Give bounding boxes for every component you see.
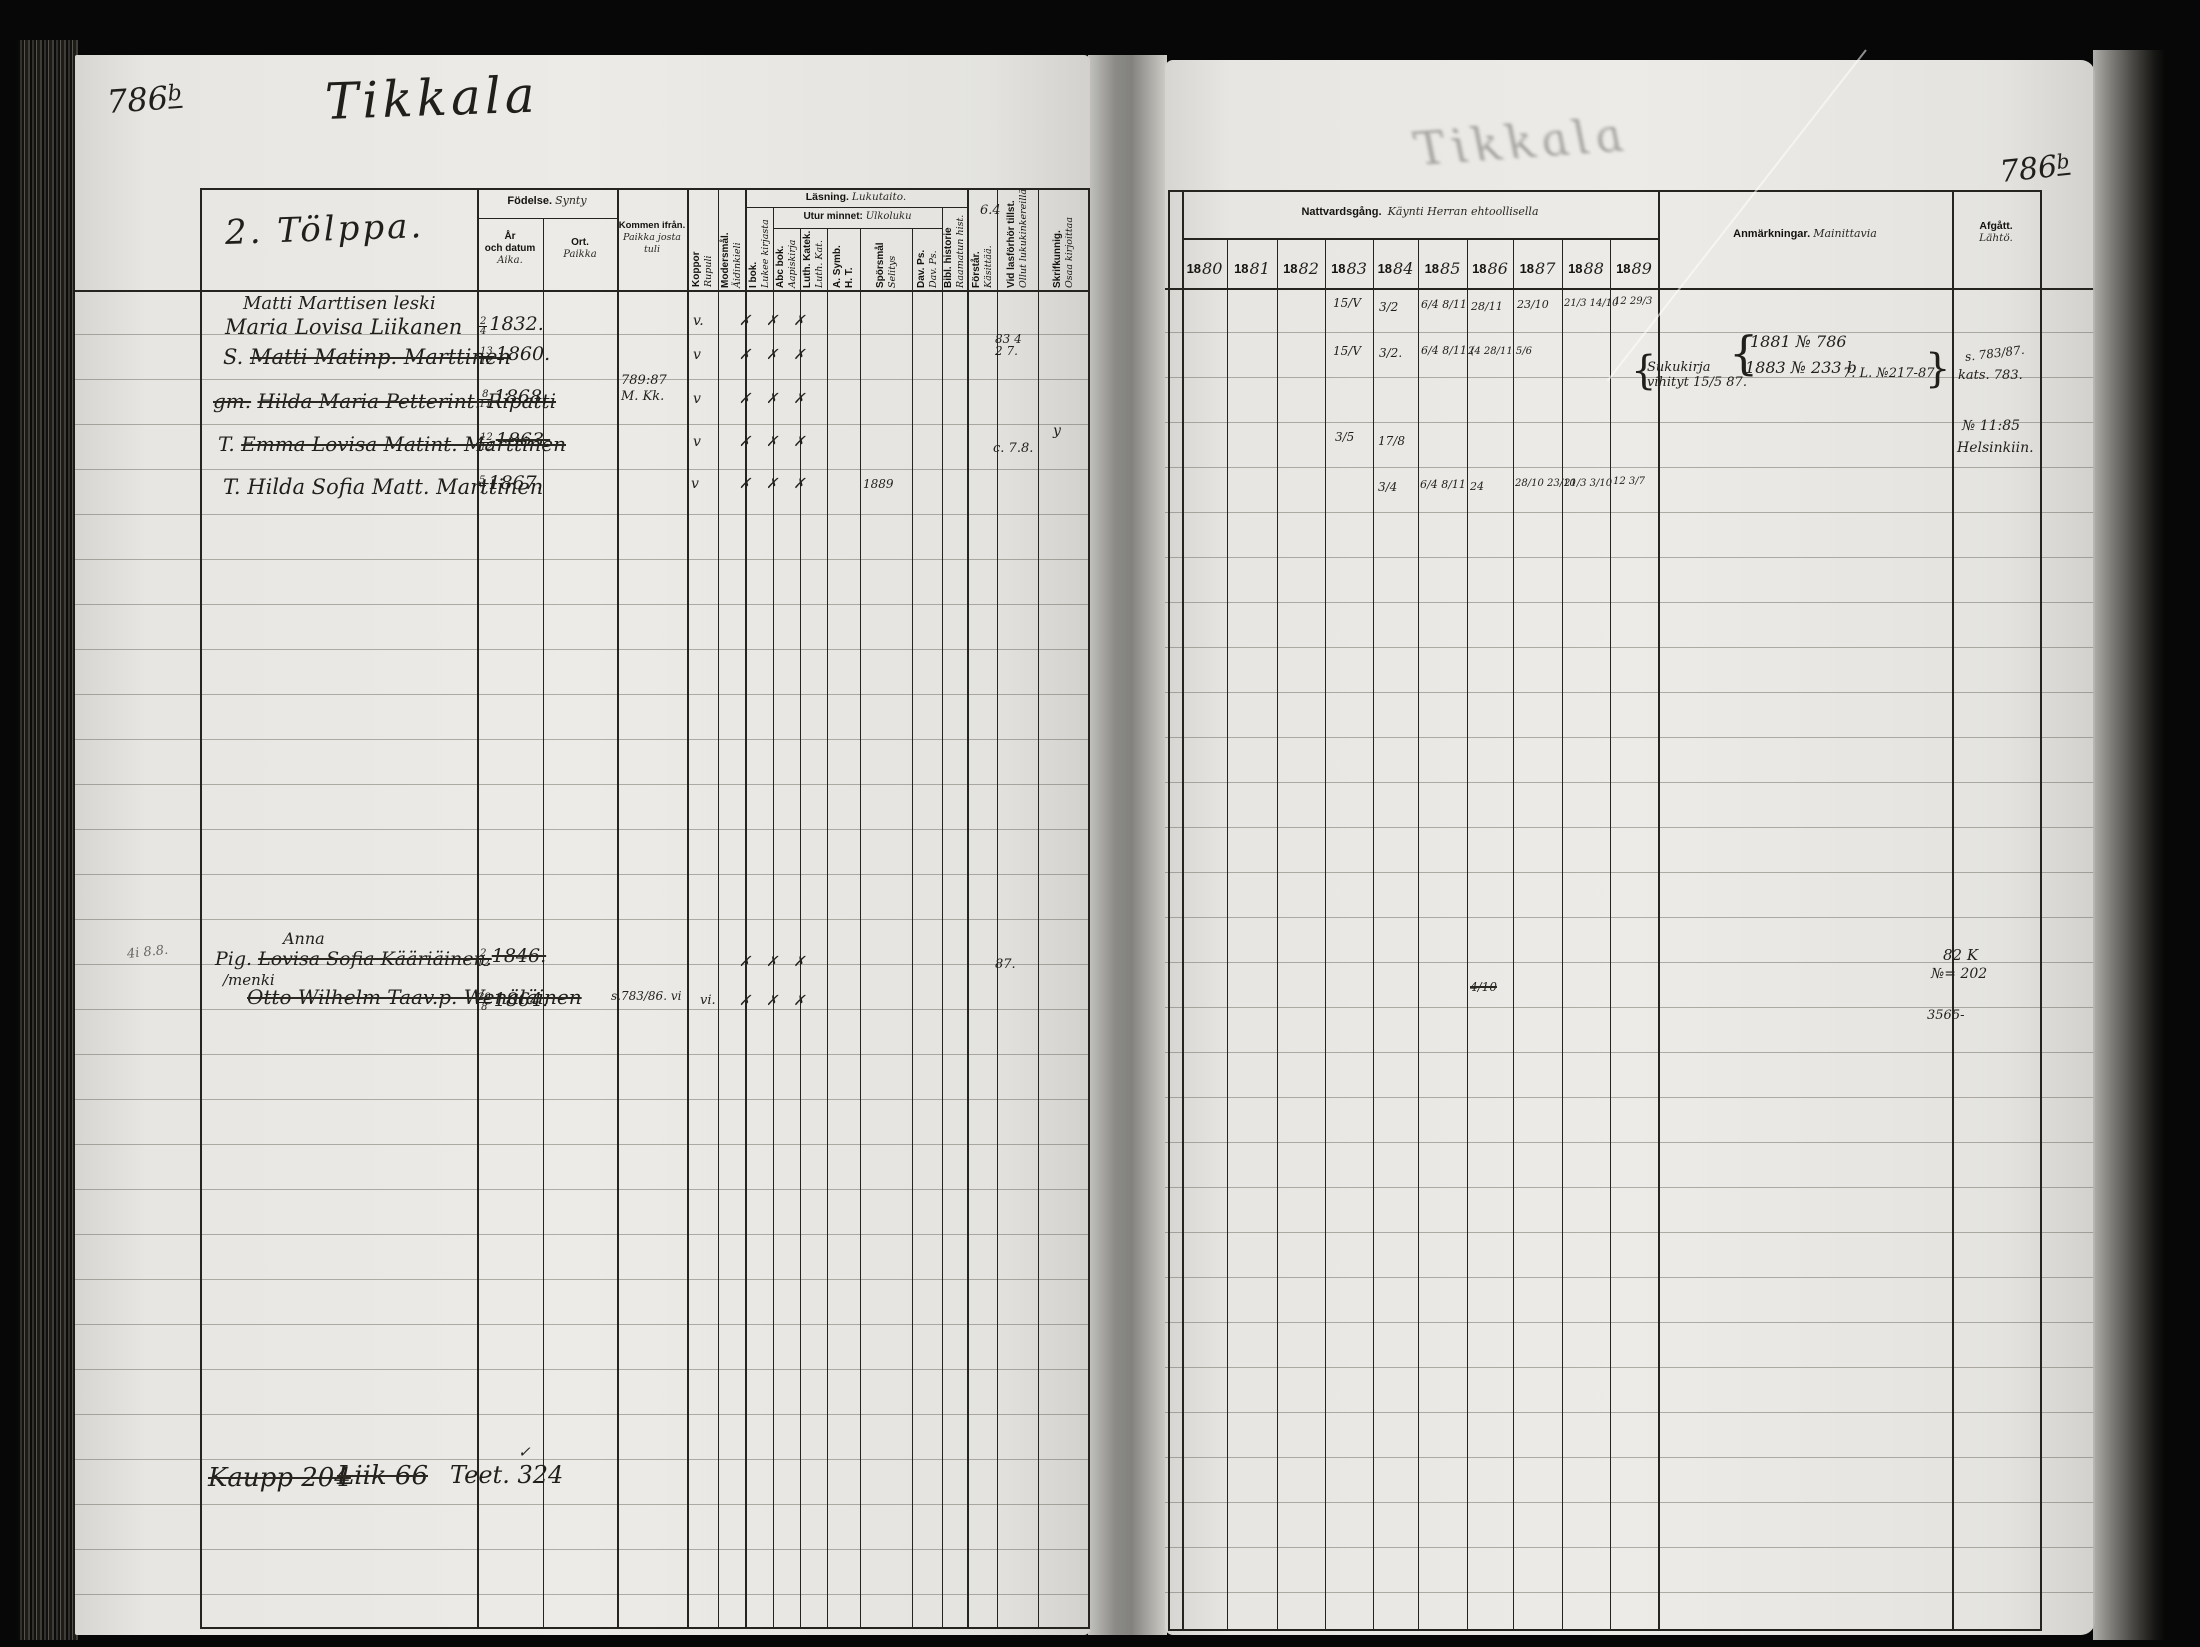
communion-mark: 4/10 <box>1470 980 1497 994</box>
entry-name: Maria Lovisa Liikanen <box>225 315 462 339</box>
header-memory-group: Utur minnet: Ulkoluku <box>773 211 942 223</box>
summary-crossed-b: Liik 66 <box>337 1461 428 1491</box>
understands-note: c. 7.8. <box>993 441 1033 456</box>
communion-mark: 24 <box>1470 480 1484 493</box>
check-mark: ✓ <box>518 1443 531 1461</box>
communion-mark: 3/2 <box>1379 300 1398 314</box>
entry-name: Pig. Lovisa Sofia Kääriäinen. <box>215 948 492 970</box>
header-birth-group: Födelse. Synty <box>477 195 617 207</box>
year-column-1886: 1886 <box>1467 248 1513 288</box>
communion-mark: 21/3 14/10 <box>1564 298 1618 309</box>
communion-mark: 24 28/11 5/6 <box>1468 346 1532 357</box>
reading-marks: ✗ ✗ ✗ <box>739 313 805 329</box>
entry-birth: 13121860. <box>479 343 550 366</box>
reading-marks: ✗ ✗ ✗ <box>739 476 805 492</box>
smallpox-mark: v <box>691 476 699 492</box>
departed-note: kats. 783. <box>1958 368 2023 383</box>
page-title: Tikkala <box>324 66 539 131</box>
page-gutter <box>1088 55 1167 1635</box>
attended-note: 87. <box>995 957 1016 972</box>
reading-marks: ✗ ✗ ✗ <box>739 391 805 407</box>
header-catechism-col: Luth. Katek.Luth. Kat. <box>800 231 827 288</box>
header-psalms-col: Dav. Ps.Dav. Ps. <box>912 231 942 288</box>
entry-name: Matti Marttisen leski <box>243 293 436 314</box>
header-tongue-col: Modersmål.Äidinkieli <box>718 193 745 288</box>
header-abc-col: Abc bok.Aapiskirja <box>773 231 800 288</box>
page-number-left: 786b <box>106 78 184 121</box>
smallpox-mark: v <box>693 434 701 450</box>
header-writing-col: Skrifkunnig.Osaa kirjoittaa <box>1038 193 1088 288</box>
smallpox-mark: v <box>693 391 701 407</box>
header-questions-col: SpörsmålSelitys <box>860 231 912 288</box>
header-place-col: Ort. Paikka <box>543 237 617 261</box>
entry-birth: 2121846. <box>477 945 546 968</box>
year-column-1889: 1889 <box>1610 248 1658 288</box>
header-communion-group: Nattvardsgång. Käynti Herran ehtoollisel… <box>1182 206 1658 218</box>
right-page: Tikkala 786b Nattvardsgång. <box>1165 60 2095 1635</box>
stray-mark: 6.4 <box>980 203 1001 218</box>
header-inbook-col: I bok.Lukee kirjasta <box>745 211 773 288</box>
smallpox-mark: v. <box>693 313 704 329</box>
communion-mark: 3/5 <box>1335 430 1354 444</box>
communion-mark: 28/11 <box>1471 300 1503 313</box>
communion-mark: 3/2. <box>1379 346 1402 360</box>
departed-note: № 11:85 <box>1962 418 2020 434</box>
communion-mark: 6/4 8/11 <box>1420 478 1466 491</box>
smallpox-mark: vi. <box>700 993 716 1008</box>
attended-note: 83 42 7. <box>995 333 1022 357</box>
entry-birth: 8111868. <box>479 386 548 409</box>
year-column-1888: 1888 <box>1562 248 1610 288</box>
header-date-col: År och datum Aika. <box>477 231 543 267</box>
header-reading-group: Läsning. Lukutaito. <box>745 191 967 203</box>
reading-marks: ✗ ✗ ✗ <box>739 434 805 450</box>
header-remarks-col: Anmärkningar. Mainittavia <box>1658 228 1952 240</box>
header-smallpox-col: KopporRupuli <box>687 195 718 287</box>
entry-birth: 2981864. <box>477 989 548 1012</box>
year-column-1882: 1882 <box>1277 248 1325 288</box>
remarks-line-1: 1881 № 786 <box>1750 332 1847 351</box>
remarks-line-3: 7. L. №217-87 <box>1843 366 1934 381</box>
entry-name-above: Anna <box>283 929 325 948</box>
communion-mark: 15/V <box>1333 296 1361 310</box>
section-heading: 2. Tölppa. <box>224 206 425 253</box>
communion-mark: 17/8 <box>1378 434 1405 448</box>
communion-mark: 12 3/7 <box>1613 476 1645 487</box>
question-year-note: 1889 <box>863 477 894 491</box>
year-column-1885: 1885 <box>1418 248 1467 288</box>
header-symb-col: A. Symb.H. T. <box>827 231 860 288</box>
reading-marks: ✗ ✗ ✗ <box>739 954 805 970</box>
communion-mark: 21/3 3/10 <box>1564 478 1612 489</box>
smallpox-mark: v <box>693 347 701 363</box>
from-note: 789:87M. Kk. <box>621 373 667 405</box>
year-column-1881: 1881 <box>1227 248 1277 288</box>
year-column-1884: 1884 <box>1373 248 1418 288</box>
entry-birth: 12121863. <box>479 429 550 452</box>
year-column-1887: 1887 <box>1513 248 1562 288</box>
remarks-brace-close: } <box>1925 346 1950 392</box>
scanned-book-spread: 786b Tikkala <box>0 0 2200 1647</box>
communion-mark: 6/4 8/11 <box>1421 298 1467 311</box>
summary-crossed-a: Kaupp 204 <box>208 1463 351 1493</box>
communion-mark: 3/4 <box>1378 480 1397 494</box>
departed-note: Helsinkiin. <box>1957 440 2034 456</box>
communion-mark: 23/10 <box>1517 298 1549 311</box>
reading-marks: ✗ ✗ ✗ <box>739 347 805 363</box>
remarks-line-2: 1883 № 233 b <box>1745 358 1857 377</box>
book-spine-edge <box>18 40 78 1640</box>
header-bible-history-col: Bibl. historieRaamatun hist. <box>942 211 967 288</box>
departed-note: №= 202 <box>1931 966 1987 982</box>
communion-mark: 15/V <box>1333 344 1361 358</box>
reading-marks: ✗ ✗ ✗ <box>739 993 805 1009</box>
ghost-bleedthrough-title: Tikkala <box>1405 108 1638 175</box>
writing-mark: y <box>1053 423 1061 439</box>
communion-mark: 12 29/3 <box>1614 296 1652 307</box>
entry-name: S. Matti Matinp. Marttinen <box>223 345 511 369</box>
departed-note: 82 K <box>1943 946 1978 964</box>
entry-birth: 241832. <box>479 313 544 336</box>
page-edge-right <box>2093 50 2165 1640</box>
page-number-right: 786b <box>1998 148 2071 190</box>
year-column-1883: 1883 <box>1325 248 1373 288</box>
departed-note: 3565- <box>1927 1008 1964 1023</box>
entry-birth: 571867. <box>478 472 543 495</box>
year-column-1880: 1880 <box>1182 248 1227 288</box>
header-from-col: Kommen ifrån. Paikka josta tuli <box>617 220 687 256</box>
from-note: s.783/86. vi <box>611 989 681 1003</box>
communion-mark: 6/4 8/11 ( <box>1421 344 1475 357</box>
header-departed-col: Afgått. Lähtö. <box>1952 220 2040 244</box>
summary-total: Teet. 324 <box>450 1461 563 1489</box>
left-page: 786b Tikkala <box>75 55 1090 1635</box>
header-attended-col: Vid lasförhör tillst.Ollut lukukinkereil… <box>997 193 1038 288</box>
